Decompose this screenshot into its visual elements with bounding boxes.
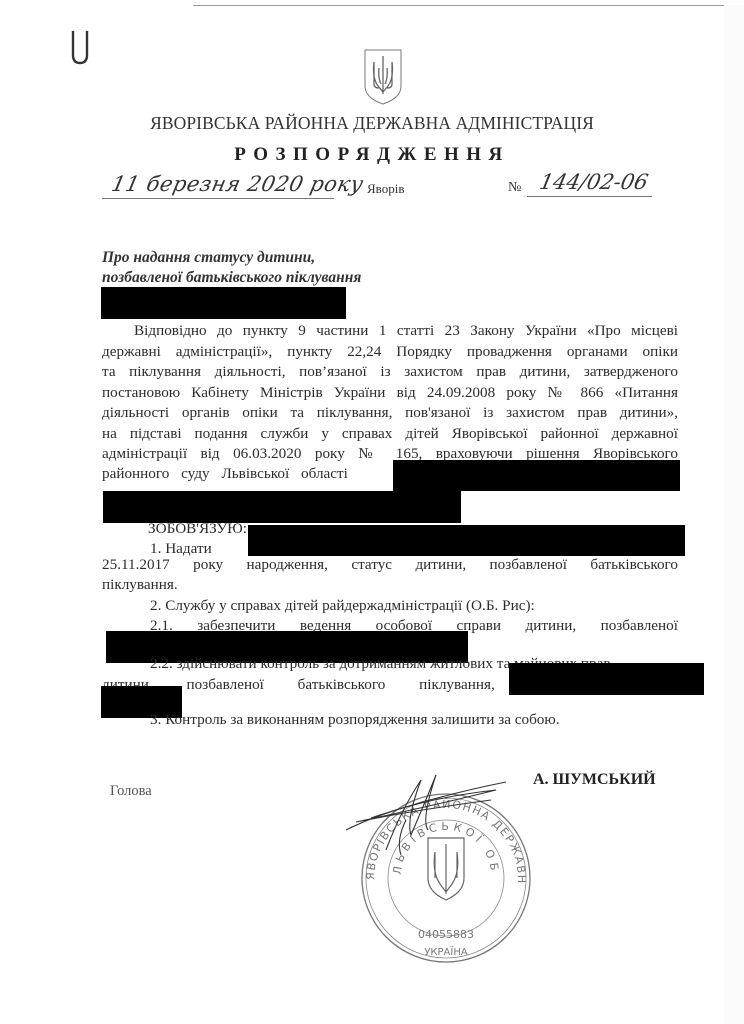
date-underline (102, 198, 334, 199)
body-line: постановою Кабінету Міністрів України ві… (102, 384, 678, 402)
document-date: 11 березня 2020 року (109, 172, 365, 196)
body-line: діяльності органів опіки та піклування, … (102, 404, 678, 422)
item-1-line-2: 25.11.2017 року народження, статус дитин… (102, 556, 678, 574)
signatory-position: Голова (110, 783, 152, 800)
item-1-line-3: піклування. (102, 576, 678, 594)
coat-of-arms-icon (362, 48, 404, 106)
subject-line-1: Про надання статусу дитини, (102, 248, 361, 268)
number-underline (527, 196, 652, 197)
body-line: на підставі подання служби у справах діт… (102, 425, 678, 443)
number-sign: № (508, 180, 521, 196)
redaction-box (103, 491, 461, 523)
document-subject: Про надання статусу дитини, позбавленої … (102, 248, 361, 288)
official-stamp-icon: ЯВОРІВСЬКА РАЙОННА ДЕРЖАВНА АДМІНІСТРАЦІ… (316, 760, 606, 970)
scan-top-edge (193, 5, 725, 6)
document-number: 144/02-06 (537, 170, 650, 194)
redaction-box (509, 663, 704, 695)
document-type: РОЗПОРЯДЖЕННЯ (0, 144, 744, 166)
body-line: Відповідно до пункту 9 частини 1 статті … (102, 322, 678, 340)
body-line: та піклування діяльності, пов’язаної із … (102, 363, 678, 381)
organization-name: ЯВОРІВСЬКА РАЙОННА ДЕРЖАВНА АДМІНІСТРАЦІ… (0, 113, 744, 134)
item-2: 2. Службу у справах дітей райдержадмініс… (150, 597, 726, 615)
item-3: 3. Контроль за виконанням розпорядження … (150, 711, 726, 729)
body-line: державні адміністрації», пункту 22,24 По… (102, 343, 678, 361)
subject-line-2: позбавленої батьківського піклування (102, 268, 361, 288)
redaction-box (101, 287, 346, 319)
redaction-box (393, 460, 680, 491)
stamp-code: 04055883 (418, 928, 474, 941)
stamp-country: УКРАЇНА (424, 945, 468, 958)
document-place: Яворів (367, 181, 404, 197)
paperclip-mark-icon (70, 30, 90, 66)
